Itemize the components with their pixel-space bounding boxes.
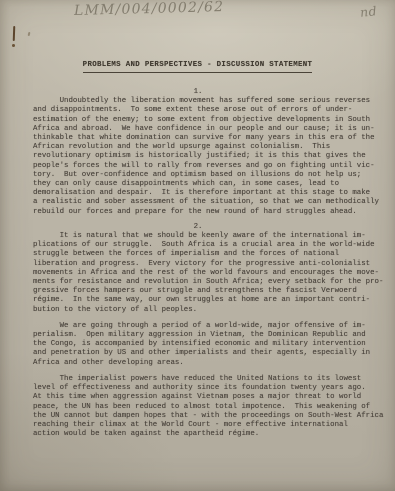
paragraph: Undoubtedly the liberation movement has … <box>33 97 393 217</box>
handwritten-reference-number: LMM/004/0002/62 <box>74 0 225 19</box>
paragraph: The imperialist powers have reduced the … <box>33 375 393 439</box>
scanned-document-page: LMM/004/0002/62 nd PROBLEMS AND PERSPECT… <box>0 0 395 491</box>
pen-tick-mark <box>28 32 31 36</box>
section-number: 1. <box>33 88 363 97</box>
section-number: 2. <box>33 223 363 232</box>
document-body: 1. Undoubtedly the liberation movement h… <box>33 88 393 439</box>
handwritten-note: nd <box>359 3 378 20</box>
pen-dot-mark <box>12 44 15 47</box>
pen-stroke-mark <box>13 26 16 41</box>
paragraph: It is natural that we should be keenly a… <box>33 232 393 315</box>
paragraph: We are going through a period of a world… <box>33 322 393 368</box>
title-row: PROBLEMS AND PERSPECTIVES - DISCUSSION S… <box>0 53 395 73</box>
document-title: PROBLEMS AND PERSPECTIVES - DISCUSSION S… <box>83 61 313 73</box>
